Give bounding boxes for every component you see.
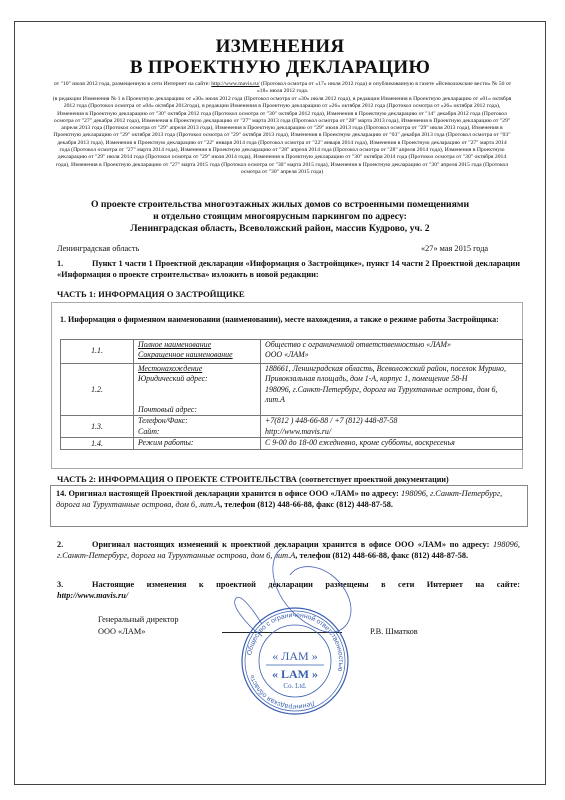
seal-suffix: Co. Ltd. xyxy=(283,682,306,690)
seal-name-en: « LAM » xyxy=(272,667,318,681)
company-seal-icon: Общество с ограниченной ответственностью… xyxy=(240,606,350,716)
seal-name-ru: « ЛАМ » xyxy=(272,649,317,663)
